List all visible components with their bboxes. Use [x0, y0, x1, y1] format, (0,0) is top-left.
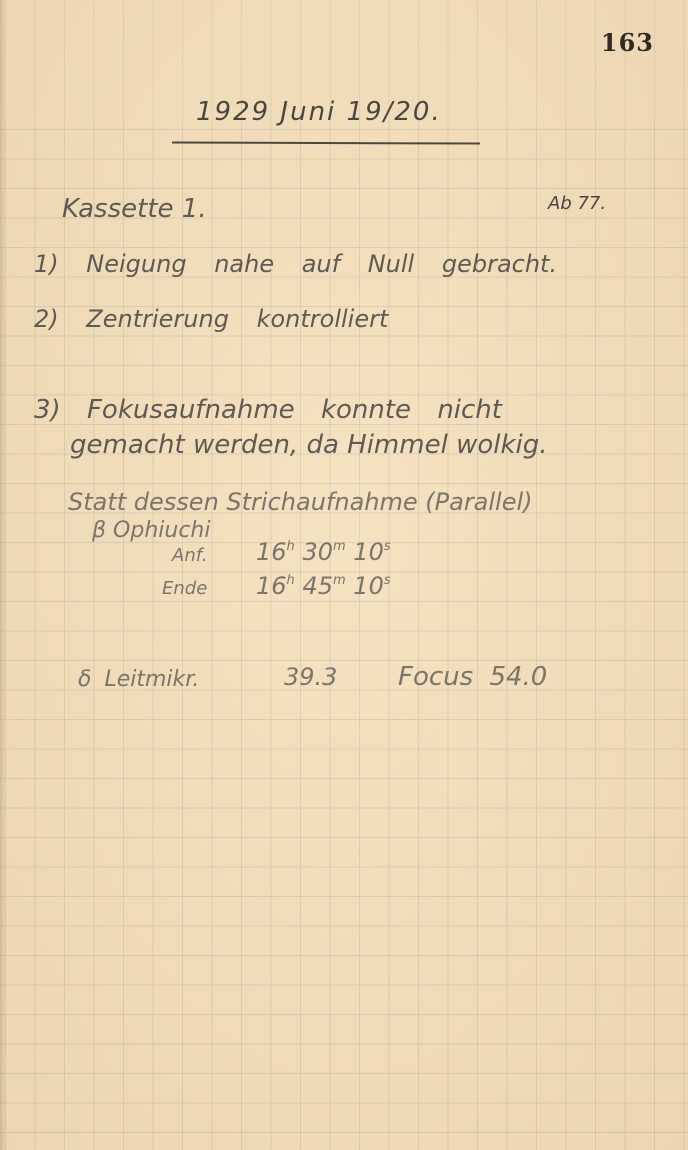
item-text: Fokusaufnahme konnte nicht: [87, 395, 502, 425]
item-number: 3): [34, 395, 61, 425]
instead-note: Statt dessen Strichaufnahme (Parallel): [68, 488, 533, 516]
start-label: Anf.: [172, 545, 207, 566]
start-time: 16h 30m 10s: [256, 538, 391, 566]
end-label: Ende: [162, 578, 207, 599]
note-item-2: 2) Zentrierung kontrolliert: [34, 305, 388, 333]
end-time: 16h 45m 10s: [256, 572, 391, 600]
item-number: 2): [34, 305, 59, 333]
item-text: Zentrierung kontrolliert: [86, 305, 388, 333]
cassette-label: Kassette 1.: [62, 194, 207, 224]
note-item-1: 1) Neigung nahe auf Null gebracht.: [34, 250, 557, 278]
guide-micrometer-value: 39.3: [284, 663, 337, 691]
focus-value: 54.0: [489, 662, 547, 692]
focus-reading: Focus 54.0: [398, 662, 547, 692]
page-edge-shadow: [0, 0, 6, 1150]
heading-underline: [172, 141, 480, 144]
reference-number: Ab 77.: [548, 193, 606, 214]
star-name: β Ophiuchi: [92, 518, 210, 543]
date-heading: 1929 Juni 19/20.: [196, 97, 442, 127]
note-item-3-line-1: 3) Fokusaufnahme konnte nicht: [34, 395, 502, 425]
page-number: 163: [601, 28, 654, 57]
item-text: Neigung nahe auf Null gebracht.: [86, 250, 557, 278]
guide-micrometer-label: δ Leitmikr.: [78, 667, 199, 692]
item-number: 1): [34, 250, 59, 278]
focus-label: Focus: [398, 662, 473, 692]
notebook-page: 163 1929 Juni 19/20. Kassette 1. Ab 77. …: [0, 0, 688, 1150]
note-item-3-line-2: gemacht werden, da Himmel wolkig.: [70, 430, 548, 460]
